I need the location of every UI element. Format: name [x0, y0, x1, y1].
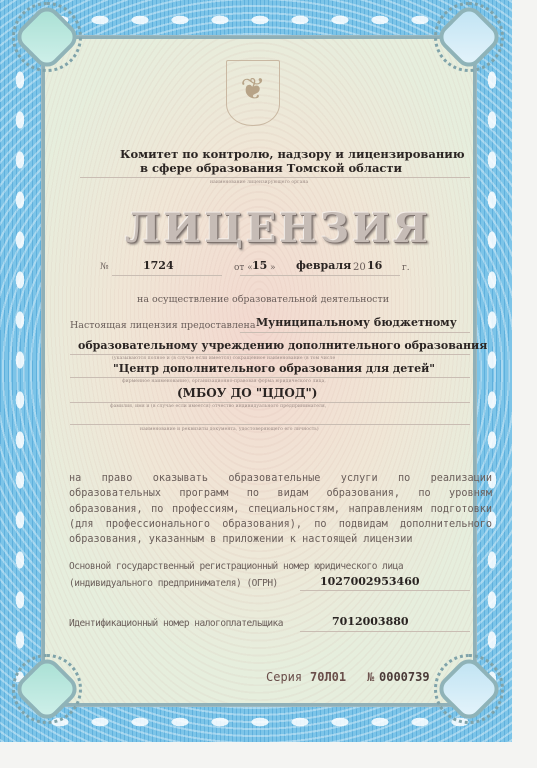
rights-text: на право оказывать образовательные услуг… — [69, 471, 492, 547]
divider — [70, 354, 470, 355]
divider — [300, 590, 470, 591]
license-number: 1724 — [143, 259, 174, 272]
granted-to-label: Настоящая лицензия предоставлена — [70, 320, 256, 331]
licensee-line-1: Муниципальному бюджетному — [256, 316, 457, 329]
purpose-text: на осуществление образовательной деятель… — [137, 294, 389, 305]
caption-1: (указываются полное и (в случае если име… — [112, 356, 335, 361]
date-year-suffix: 16 — [367, 259, 382, 272]
border-pattern-top — [40, 12, 472, 28]
corner-ornament-icon — [12, 2, 82, 72]
divider — [240, 275, 400, 276]
document-title: ЛИЦЕНЗИЯ — [125, 205, 385, 252]
border-pattern-right — [484, 60, 500, 682]
license-sheet: ❦ Комитет по контролю, надзору и лицензи… — [0, 0, 512, 742]
date-day: 15 — [252, 259, 267, 272]
date-year-prefix: 20 — [353, 262, 366, 273]
corner-ornament-icon — [434, 654, 504, 724]
divider — [240, 332, 470, 333]
ogrn-label-line-1: Основной государственный регистрационный… — [69, 561, 403, 572]
issuer-line-1: Комитет по контролю, надзору и лицензиро… — [120, 147, 465, 161]
border-pattern-left — [12, 60, 28, 682]
divider — [80, 177, 470, 178]
double-headed-eagle-icon: ❦ — [235, 71, 271, 109]
ogrn-value: 1027002953460 — [320, 575, 420, 588]
issuer-caption: наименование лицензирующего органа — [210, 180, 308, 185]
form-number-value: 0000739 — [379, 670, 430, 684]
date-day-close: » — [270, 263, 276, 273]
inn-label: Идентификационный номер налогоплательщик… — [69, 618, 283, 629]
caption-3: фамилия, имя и (в случае если имеется) о… — [110, 404, 326, 409]
series-label: Серия — [266, 670, 302, 684]
date-month: февраля — [296, 259, 351, 272]
number-label: № — [100, 262, 109, 272]
divider — [70, 424, 470, 425]
licensee-line-3: "Центр дополнительного образования для д… — [113, 362, 435, 375]
licensee-line-2: образовательному учреждению дополнительн… — [78, 339, 487, 352]
coat-of-arms-icon: ❦ — [226, 60, 280, 126]
caption-2: фирменное наименование), организационно-… — [122, 379, 326, 384]
ogrn-label-line-2: (индивидуального предпринимателя) (ОГРН) — [69, 578, 278, 589]
series-value: 70Л01 — [310, 670, 346, 684]
corner-ornament-icon — [434, 2, 504, 72]
border-pattern-bottom — [40, 714, 472, 730]
licensee-line-4: (МБОУ ДО "ЦДОД") — [177, 386, 317, 400]
form-number-label: № — [367, 670, 374, 684]
issuer-line-2: в сфере образования Томской области — [140, 161, 402, 175]
date-year-label: г. — [402, 263, 410, 273]
divider — [300, 631, 470, 632]
divider — [70, 377, 470, 378]
divider — [112, 275, 222, 276]
divider — [70, 402, 470, 403]
caption-4: наименование и реквизиты документа, удос… — [140, 427, 319, 432]
corner-ornament-icon — [12, 654, 82, 724]
date-from-label: от « — [234, 263, 253, 273]
inn-value: 7012003880 — [332, 615, 409, 628]
